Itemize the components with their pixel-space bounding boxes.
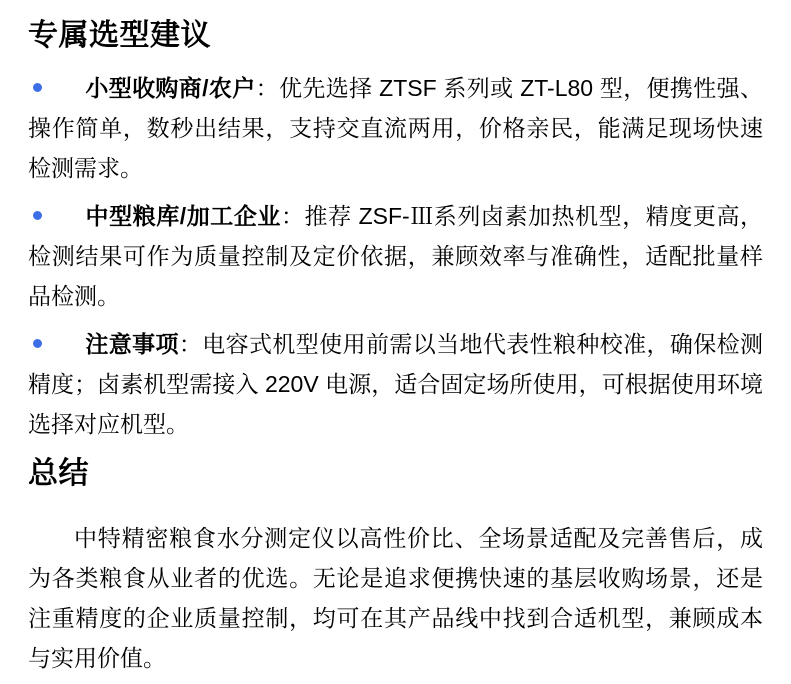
selection-section-heading: 专属选型建议 [28, 14, 763, 58]
bullet-label: 中型粮库/加工企业 [85, 203, 281, 229]
bullet-label: 注意事项 [85, 331, 179, 357]
bullet-item-notes: 注意事项：电容式机型使用前需以当地代表性粮种校准，确保检测精度；卤素机型需接入 … [28, 324, 763, 444]
summary-paragraph: 中特精密粮食水分测定仪以高性价比、全场景适配及完善售后，成为各类粮食从业者的优选… [28, 518, 763, 678]
document-page: 专属选型建议 小型收购商/农户：优先选择 ZTSF 系列或 ZT-L80 型，便… [0, 0, 791, 678]
bullet-icon [33, 211, 42, 220]
bullet-label: 小型收购商/农户 [85, 75, 256, 101]
bullet-item-medium-enterprises: 中型粮库/加工企业：推荐 ZSF-Ⅲ系列卤素加热机型，精度更高，检测结果可作为质… [28, 196, 763, 316]
bullet-icon [33, 83, 42, 92]
summary-section-heading: 总结 [28, 452, 763, 496]
bullet-item-small-buyers: 小型收购商/农户：优先选择 ZTSF 系列或 ZT-L80 型，便携性强、操作简… [28, 68, 763, 188]
bullet-icon [33, 339, 42, 348]
